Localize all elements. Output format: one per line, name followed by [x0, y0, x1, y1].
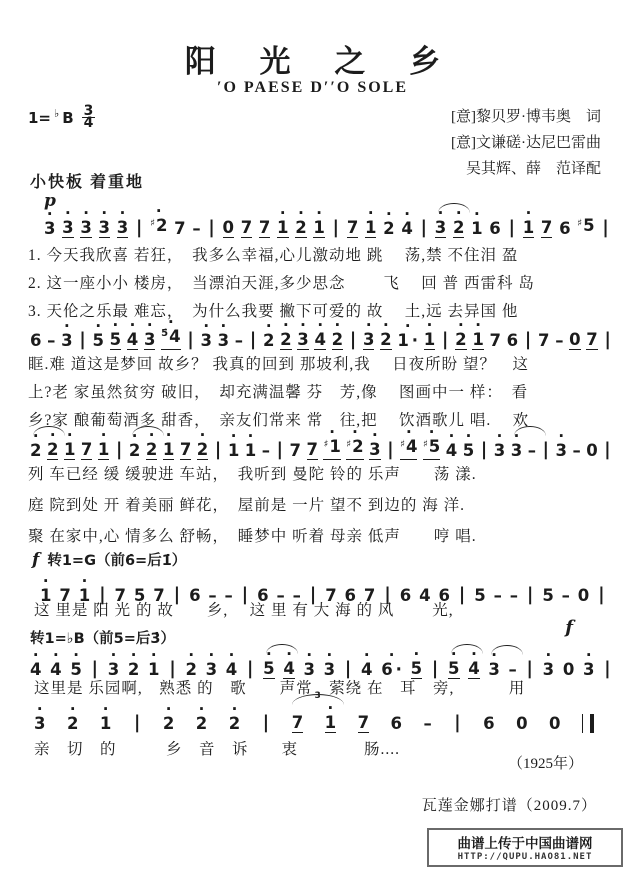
note: ·2	[453, 218, 464, 238]
note-digit: 7	[81, 440, 92, 459]
octave-dot: ·	[298, 209, 304, 217]
note: ·3	[99, 218, 110, 238]
octave-dot: ·	[586, 651, 592, 659]
note-digit: 0	[516, 714, 527, 733]
barline: |	[603, 329, 612, 350]
watermark-box: 曲谱上传于中国曲谱网 HTTP://QUPU.HAO81.NET	[427, 828, 623, 867]
octave-dot: ·	[82, 577, 88, 585]
note: 7	[358, 713, 369, 733]
note: ·2	[332, 330, 343, 350]
octave-dot: ·	[458, 321, 464, 329]
note: ·2	[163, 714, 174, 733]
note-digit: –	[235, 331, 243, 350]
barline: |	[214, 439, 223, 460]
octave-dot: ·	[221, 322, 227, 330]
dash: –	[555, 331, 563, 350]
note: ·2	[197, 440, 208, 460]
watermark-site-url: HTTP://QUPU.HAO81.NET	[432, 852, 618, 862]
lyricist-credit: [意]黎贝罗·博韦奥 词	[451, 104, 601, 130]
dash: –	[572, 441, 580, 460]
octave-dot: ·	[101, 209, 107, 217]
note: ·3	[200, 331, 211, 350]
note: 7	[259, 218, 270, 238]
note: ·♯4	[400, 437, 417, 460]
augmentation-dot: ·	[412, 331, 418, 350]
octave-dot: ·	[456, 209, 462, 217]
note: ·♯2	[346, 437, 363, 460]
octave-dot: ·	[449, 432, 455, 440]
octave-dot: ·	[414, 650, 420, 658]
octave-dot: ·	[166, 705, 172, 713]
note: 7	[541, 218, 552, 238]
octave-dot: ·	[200, 431, 206, 439]
dash: –	[235, 331, 243, 350]
octave-dot: ·	[248, 432, 254, 440]
composer-credit: [意]文谦磋·达尼巴雷曲	[451, 130, 601, 156]
note-digit: 6	[559, 219, 570, 238]
verse-block-3: 列 车已经 缓 缓驶进 车站， 我听到 曼陀 铃的 乐声 荡 漾. 庭 院到处 …	[28, 462, 614, 555]
octave-dot: ·	[156, 207, 162, 215]
octave-dot: ·	[405, 322, 411, 330]
note: 37	[292, 713, 303, 733]
note-digit: –	[192, 219, 200, 238]
note: ·♯2	[150, 216, 167, 238]
note: ·3	[556, 441, 567, 460]
rest-note: 0	[549, 714, 560, 733]
octave-dot: ·	[37, 705, 43, 713]
octave-dot: ·	[328, 704, 334, 712]
octave-dot: ·	[147, 321, 153, 329]
song-subtitle: ′O PAESE D′′O SOLE	[0, 79, 625, 97]
octave-dot: ·	[368, 209, 374, 217]
slur-arc	[514, 426, 546, 436]
note: ·3	[62, 218, 73, 238]
sharp-sign: ♯	[577, 218, 582, 229]
note: 7	[489, 331, 500, 350]
octave-dot: ·	[366, 321, 372, 329]
note-digit: 7	[180, 440, 191, 459]
barline: |	[135, 217, 144, 238]
music-line-1: ·3·3·3·3·3|·♯27–|077·1·2·1|7·1·2·4|·3·2·…	[44, 204, 610, 238]
note: ·1	[424, 330, 435, 350]
barline: |	[78, 329, 87, 350]
note: ·4	[401, 219, 412, 238]
sharp-sign: ♯	[423, 439, 428, 450]
barline: |	[115, 439, 124, 460]
note: ·2	[383, 219, 394, 238]
octave-dot: ·	[300, 321, 306, 329]
barline: |	[601, 217, 610, 238]
music-line-3: ·2·2·17·1|·2·2·17·2|·1·1–|77·♯1·♯2·3|·♯4…	[30, 426, 612, 460]
note: 7	[347, 218, 358, 238]
flat-sign: ♭	[54, 107, 59, 120]
octave-dot: ·	[33, 651, 39, 659]
note-digit: 6	[489, 219, 500, 238]
music-line-6: ·3·2·1|·2·2·2|37·176–|600	[34, 699, 594, 733]
note-digit: –	[423, 714, 431, 733]
octave-dot: ·	[383, 321, 389, 329]
modulation-text: 转1=G（前6̇=后1̇）	[47, 549, 186, 570]
note: ·2	[67, 714, 78, 733]
time-denominator: 4	[84, 118, 94, 129]
dash: –	[47, 331, 55, 350]
note: 6	[507, 331, 518, 350]
octave-dot: ·	[316, 209, 322, 217]
note: ·3	[80, 218, 91, 238]
note: ·2	[229, 714, 240, 733]
refrain-line-1: 这 里是 阳 光 的 故 乡, 这 里 有 大 海 的 风 光,	[34, 598, 614, 620]
note-digit: 0	[549, 714, 560, 733]
transcriber-credit: 瓦莲金娜打谱（2009.7）	[422, 794, 597, 815]
octave-dot: ·	[266, 322, 272, 330]
note: ·1	[313, 218, 324, 238]
verse-1-line: 列 车已经 缓 缓驶进 车站， 我听到 曼陀 铃的 乐声 荡 漾.	[28, 462, 614, 493]
note-digit: 0	[586, 441, 597, 460]
note: ·3	[511, 441, 522, 460]
note-digit: 7	[290, 441, 301, 460]
verse-2-line: 2. 这一座小小 楼房， 当漂泊天涯,多少思念 飞 回 普 西雷科 岛	[28, 271, 614, 299]
octave-dot: ·	[306, 651, 312, 659]
octave-dot: ·	[526, 209, 532, 217]
note: ·5	[463, 441, 474, 460]
note: ·2	[455, 330, 466, 350]
note: ·1	[98, 440, 109, 460]
slur-arc	[438, 203, 470, 213]
barline: |	[603, 439, 612, 460]
barline: |	[249, 329, 258, 350]
note: ·3	[297, 330, 308, 350]
note: ·3	[369, 440, 380, 460]
note: ·1	[325, 713, 336, 733]
note: 7	[586, 330, 597, 350]
rest-note: 0	[223, 218, 234, 238]
octave-dot: ·	[50, 431, 56, 439]
octave-dot: ·	[404, 210, 410, 218]
sharp-sign: ♯	[400, 439, 405, 450]
barline: |	[207, 217, 216, 238]
octave-dot: ·	[131, 651, 137, 659]
composition-year: （1925年）	[508, 752, 583, 773]
octave-dot: ·	[427, 321, 433, 329]
barline: |	[441, 329, 450, 350]
modulation-to-g: f 转1=G（前6̇=后1̇）	[32, 549, 186, 570]
octave-dot: ·	[101, 431, 107, 439]
octave-dot: ·	[429, 428, 435, 436]
note: 6	[391, 714, 402, 733]
song-title: 阳 光 之 乡	[0, 36, 625, 81]
note-digit: 7	[292, 713, 303, 732]
octave-dot: ·	[280, 209, 286, 217]
note: ·1	[472, 330, 483, 350]
verse-2-line: 上?老 家虽然贫穷 破旧， 却充满温馨 芬 芳,像 图画中一 样： 看	[28, 380, 614, 408]
octave-dot: ·	[47, 210, 53, 218]
barline: |	[541, 439, 550, 460]
octave-dot: ·	[546, 651, 552, 659]
verse-block-1: 1. 今天我欣喜 若狂， 我多么幸福,心儿激动地 跳 荡,禁 不住泪 盈 2. …	[28, 243, 614, 327]
note-digit: 7	[358, 713, 369, 732]
final-barline	[582, 714, 594, 733]
note: ·1	[245, 441, 256, 460]
note: ·3	[218, 331, 229, 350]
octave-dot: ·	[286, 650, 292, 658]
rest-note: 0	[569, 330, 580, 350]
barline: |	[420, 217, 429, 238]
octave-dot: ·	[229, 651, 235, 659]
note-digit: 7	[586, 330, 597, 349]
grace-note: 5̇	[161, 328, 168, 339]
note: 7	[81, 440, 92, 460]
barline: |	[349, 329, 358, 350]
slur-arc	[266, 644, 298, 654]
octave-dot: ·	[497, 432, 503, 440]
octave-dot: ·	[334, 321, 340, 329]
rest-note: 0	[586, 441, 597, 460]
octave-dot: ·	[113, 321, 119, 329]
octave-dot: ·	[558, 432, 564, 440]
sharp-sign: ♯	[346, 439, 351, 450]
dynamic-f: f	[32, 550, 39, 570]
note: 7	[307, 440, 318, 460]
octave-dot: ·	[70, 705, 76, 713]
octave-dot: ·	[203, 322, 209, 330]
octave-dot: ·	[474, 210, 480, 218]
sharp-sign: ♯	[150, 218, 155, 229]
note-digit: 7	[347, 218, 358, 237]
octave-dot: ·	[317, 321, 323, 329]
barline: |	[332, 217, 341, 238]
note: ·3	[44, 219, 55, 238]
barline: |	[186, 329, 195, 350]
slur-arc	[451, 644, 483, 654]
note: ·2	[196, 714, 207, 733]
time-signature: 3 4	[82, 106, 96, 129]
octave-dot: ·	[166, 431, 172, 439]
octave-dot: ·	[188, 651, 194, 659]
note: ·2	[129, 441, 140, 460]
dash: –	[262, 441, 270, 460]
note: 7	[290, 441, 301, 460]
octave-dot: ·	[232, 705, 238, 713]
note-digit: –	[572, 441, 580, 460]
note: ·3	[34, 714, 45, 733]
dash: –	[528, 441, 536, 460]
note-digit: 7	[538, 331, 549, 350]
note: ·3	[117, 218, 128, 238]
octave-dot: ·	[120, 209, 126, 217]
note: ·2	[30, 441, 41, 460]
dash: –	[192, 219, 200, 238]
note: 7	[180, 440, 191, 460]
note-digit: ♯5	[577, 216, 594, 235]
note-digit: –	[555, 331, 563, 350]
note: ♯5	[577, 216, 594, 238]
key-prefix: 1=	[28, 109, 51, 127]
octave-dot: ·	[83, 209, 89, 217]
note: ·1	[100, 714, 111, 733]
note-digit: 6	[391, 714, 402, 733]
note: ·4	[446, 441, 457, 460]
verse-1-line: 眶.难 道这是梦回 故乡？ 我真的回到 那坡利,我 日夜所盼 望？ 这	[28, 352, 614, 380]
rest-note: 0	[516, 714, 527, 733]
octave-dot: ·	[327, 651, 333, 659]
note-digit: 0	[223, 218, 234, 237]
note: ·2	[263, 331, 274, 350]
octave-dot: ·	[352, 428, 358, 436]
verse-block-2: 眶.难 道这是梦回 故乡？ 我真的回到 那坡利,我 日夜所盼 望？ 这 上?老 …	[28, 352, 614, 436]
note: 6	[30, 331, 41, 350]
barline: |	[524, 329, 533, 350]
octave-dot: ·	[111, 651, 117, 659]
barline: |	[275, 439, 284, 460]
octave-dot: ·	[475, 321, 481, 329]
note: ·1	[523, 218, 534, 238]
octave-dot: ·	[168, 318, 174, 326]
barline: |	[262, 712, 271, 733]
note: 7	[241, 218, 252, 238]
note-digit: 7	[259, 218, 270, 237]
octave-dot: ·	[231, 432, 237, 440]
barline: |	[133, 712, 142, 733]
dash: –	[423, 714, 431, 733]
note: ·1	[163, 440, 174, 460]
octave-dot: ·	[103, 705, 109, 713]
octave-dot: ·	[466, 432, 472, 440]
music-line-2: 6–·3|·5·5·4·3·5̇4|·3·3–|·2·2·3·4·2|·3·2·…	[30, 316, 612, 350]
note: ·♯5	[423, 437, 440, 460]
octave-dot: ·	[95, 322, 101, 330]
octave-dot: ·	[389, 651, 395, 659]
note-digit: –	[528, 441, 536, 460]
barline: |	[386, 439, 395, 460]
note: ·2	[47, 440, 58, 460]
note: ·1	[228, 441, 239, 460]
dynamic-f: f	[565, 617, 573, 638]
octave-dot: ·	[73, 651, 79, 659]
note: ·1·	[397, 331, 418, 350]
note: ·1	[277, 218, 288, 238]
note-digit: 7	[241, 218, 252, 237]
note: ·2	[280, 330, 291, 350]
note: ·1	[471, 219, 482, 238]
octave-dot: ·	[471, 650, 477, 658]
note: ·3	[494, 441, 505, 460]
note-digit: 7	[174, 219, 185, 238]
note: ·3	[61, 331, 72, 350]
note: ·3	[363, 330, 374, 350]
octave-dot: ·	[65, 209, 71, 217]
note-digit: 7	[541, 218, 552, 237]
sharp-sign: ♯	[323, 439, 328, 450]
note: ·5̇4	[161, 327, 180, 350]
note: ·1	[365, 218, 376, 238]
octave-dot: ·	[386, 210, 392, 218]
credits: [意]黎贝罗·博韦奥 词 [意]文谦磋·达尼巴雷曲 吴其辉、薛 范译配	[451, 104, 601, 182]
octave-dot: ·	[67, 431, 73, 439]
octave-dot: ·	[43, 577, 49, 585]
tempo-marking: 小快板 着重地	[30, 169, 144, 192]
note-digit: –	[262, 441, 270, 460]
note-digit: 0	[569, 330, 580, 349]
slur-arc	[491, 645, 523, 655]
music-line-5: ·4·4·5|·3·2·1|·2·3·4|·5·4·3·3|·4·6··5|·5…	[30, 645, 612, 679]
octave-dot: ·	[329, 428, 335, 436]
octave-dot: ·	[364, 651, 370, 659]
octave-dot: ·	[283, 321, 289, 329]
verse-1-line: 1. 今天我欣喜 若狂， 我多么幸福,心儿激动地 跳 荡,禁 不住泪 盈	[28, 243, 614, 271]
note: ·♯1	[323, 437, 340, 460]
octave-dot: ·	[53, 651, 59, 659]
note-digit: 7	[489, 331, 500, 350]
note: ·2	[295, 218, 306, 238]
barline: |	[507, 217, 516, 238]
translator-credit: 吴其辉、薛 范译配	[451, 156, 601, 182]
verse-2-line: 庭 院到处 开 着美丽 鲜花， 屋前是 一片 望不 到边的 海 洋.	[28, 493, 614, 524]
octave-dot: ·	[149, 431, 155, 439]
note: ·4	[314, 330, 325, 350]
note: 6	[483, 714, 494, 733]
key-signature: 1=♭B 3 4	[28, 106, 95, 129]
note-digit: 6	[483, 714, 494, 733]
note: 7	[538, 331, 549, 350]
note-digit: –	[47, 331, 55, 350]
note: 6	[559, 219, 570, 238]
note: ·5	[110, 330, 121, 350]
octave-dot: ·	[151, 651, 157, 659]
note-digit: 7	[307, 440, 318, 459]
barline: |	[480, 439, 489, 460]
octave-dot: ·	[406, 428, 412, 436]
octave-dot: ·	[130, 321, 136, 329]
octave-dot: ·	[199, 705, 205, 713]
barline: |	[453, 712, 462, 733]
octave-dot: ·	[208, 651, 214, 659]
key-letter: B	[62, 109, 73, 127]
note: ·3	[144, 330, 155, 350]
note: ·1	[64, 440, 75, 460]
note-digit: 6	[507, 331, 518, 350]
note-digit: 6	[30, 331, 41, 350]
note: 7	[174, 219, 185, 238]
note: ·3	[435, 218, 446, 238]
watermark-site-name: 曲谱上传于中国曲谱网	[432, 832, 618, 852]
note: 6	[489, 219, 500, 238]
octave-dot: ·	[372, 431, 378, 439]
note: ·4	[127, 330, 138, 350]
note: ·2	[146, 440, 157, 460]
note: ·2	[380, 330, 391, 350]
note: ·5	[92, 331, 103, 350]
octave-dot: ·	[64, 322, 70, 330]
